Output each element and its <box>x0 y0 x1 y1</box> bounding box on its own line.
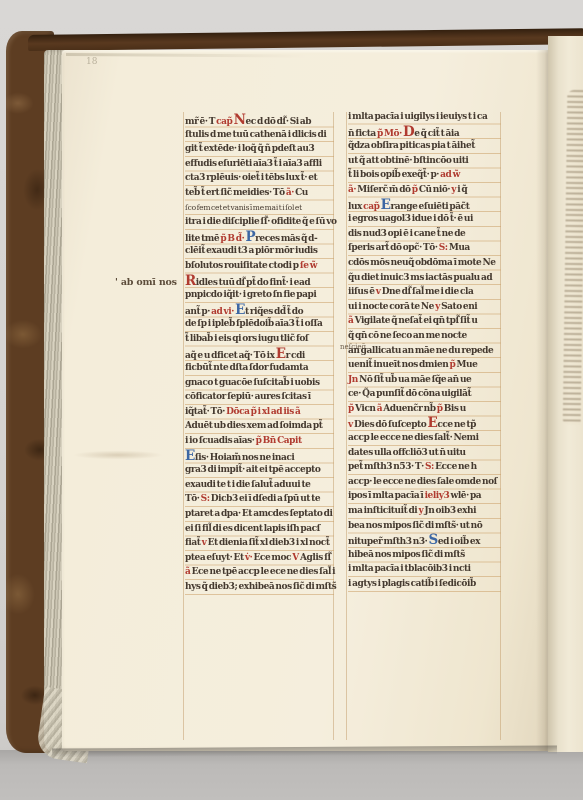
vertical-ruling <box>183 112 184 740</box>
manuscript-line: ptea eſuyt· Et v̇· Ece moc V Aglis ſſ̃ <box>185 551 334 566</box>
manuscript-line: ui i nocte corā te Ne y Sato eni <box>348 300 501 315</box>
manuscript-line: q̃ qn̄ cō ne ſeco an me nocte <box>348 329 501 344</box>
manuscript-line: mr̃ ē· T cap̃ Nec d dō dſ̃· Si ab <box>185 113 334 128</box>
manuscript-line: ant̃ p· ad vi· Et riq̃es dd̃ t̃ do <box>185 303 334 318</box>
manuscript-line: bſolutos rouiſitate ctodi p ſe w̃ <box>185 259 334 274</box>
manuscript-line: ei ſi fil̃ di es dicent lapis iſh pacſ <box>185 522 334 537</box>
pencil-mark: 18 <box>86 57 97 67</box>
photo-background: 18 ' ab omī nos neſcieq̃ mr̃ ē· T cap̃ N… <box>0 0 583 800</box>
manuscript-line: ſtulis d me tuū cathenā i dlicis di <box>185 128 334 143</box>
manuscript-line: ma inſticituit̃ di y Jn oib3 exhi <box>348 504 501 519</box>
manuscript-line: gra3 di impit̃· ait ei tpē accepto <box>185 463 334 478</box>
book-top-edge <box>28 28 583 51</box>
manuscript-line: cdōs mōs neuq̃ obdōma ī mote Ne <box>348 256 501 271</box>
manuscript-line: t̃ li bois opib̃ exeq̃t̃· p· ad w̃ <box>348 168 501 183</box>
manuscript-line: i agtys i plagis catib̃ i ſedicōib̃ <box>348 577 501 592</box>
manuscript-line: dis nud3 opi ē i cane t̃ ne de <box>348 227 501 242</box>
manuscript-line: iq̃tat̃· Tō· Dōca p̃ i xl ad iis ã <box>185 405 334 420</box>
manuscript-line: hibeā nos mipos ſic̃ di mſts̃ <box>348 548 501 563</box>
manuscript-line: ſco fem cet et vanis ī me mai t i ſol et <box>185 201 334 216</box>
recto-text-bleed <box>563 90 583 425</box>
manuscript-line: ptaret a dpa· Et amcdes ſeptato di <box>185 507 334 522</box>
manuscript-line: clēit̃ exaudi t3 a piōr mōr iudis <box>185 244 334 259</box>
manuscript-line: Aduēt ub dies xem ad ſoimda pt̃ <box>185 419 334 434</box>
manuscript-line: ã Vigilate q̃ neſat̃ ei qn̄ tpſ̃ ſit̃ u <box>348 314 501 329</box>
manuscript-line: teb̃ t̃ ert ſic̃ meidies· Tō ã· Cu <box>185 186 334 201</box>
manuscript-line: i egros uagol3 idue i dō t̃· ē ui <box>348 212 501 227</box>
manuscript-line: ipos ī mlta pacīa ī ieliy3 wlē· pa <box>348 489 501 504</box>
manuscript-line: itra i die diſciplie ſſ̃· ofidite q̃ e ſ… <box>185 215 334 230</box>
manuscript-line: dates ulla offcliō3 ut n̄ uitu <box>348 446 501 461</box>
manuscript-line: gnaco t guacōe ſuſcitab̃ i uobis <box>185 376 334 391</box>
manuscript-line: ce· Q̃a punſit̃ dō cōna uigilāt̃ <box>348 387 501 402</box>
manuscript-line: ficbūt̃ nte dſta ſdor fudamta <box>185 361 334 376</box>
column-right: i mlta pacīa i uigilys i ieuiys t i can̄… <box>348 110 501 592</box>
manuscript-line: nituper̃ mſth3 n3· Sed i oib̃ ex <box>348 533 501 548</box>
manuscript-line: bea nos mipos ſic̃ di mſts̃· ut nō <box>348 519 501 534</box>
manuscript-line: ã Ece ne tpē accp le ece ne dies ſal̃ i <box>185 565 334 580</box>
manuscript-line: Eſis· Hoiam̃ nos ne inaci <box>185 449 334 464</box>
manuscript-line: effudis eſuriēti aīa3 t̃ i aīa3 affli <box>185 157 334 172</box>
manuscript-line: accp· le ecce ne dies ſale omde noſ <box>348 475 501 490</box>
manuscript-line: Tō· S: Dicb3 ei ī dſedi a ſpū ut te <box>185 492 334 507</box>
margin-note: ' ab omī nos <box>115 277 177 288</box>
manuscript-line: accp le ecce ne dies ſalt̃· Nemi <box>348 431 501 446</box>
manuscript-line: ut q̃ att obtinē· bſtincōo uiti <box>348 154 501 169</box>
manuscript-line: uenit̃ inueīt nos dmien p̃ Mue <box>348 358 501 373</box>
manuscript-line: cōficator ſepiū· aures ſcitas ī <box>185 390 334 405</box>
manuscript-line: q̃u diet inuic3 ms iactās pualu ad <box>348 271 501 286</box>
manuscript-line: cta3 rplēuis· oiet̃ i tēbs lux t̃· et <box>185 171 334 186</box>
manuscript-line: fiat̃ v Et dienia ſit̃ xl dieb3 i xl noc… <box>185 536 334 551</box>
manuscript-line: lux cap̃ Erange eſuiēti pāc̃t <box>348 198 501 213</box>
manuscript-line: iiſus ē v Dne dſ̃ ſal̃ me i die cla <box>348 285 501 300</box>
manuscript-line: de ſp i ipleb̃ ſplēdoib̃ aīa3 t̃ i oſſa <box>185 317 334 332</box>
manuscript-line: pet̃ mſth3 n53· T· S: Ecce ne h <box>348 460 501 475</box>
manuscript-line: i io ſcuadis aīas· p̃ Bn̄ Capit <box>185 434 334 449</box>
manuscript-line: an gallicatu an māe ne du repede <box>348 344 501 359</box>
page-stain <box>58 448 178 462</box>
manuscript-line: Jn Nō ſit̃ ub̃ ua māe ſq̃e an̄ ue <box>348 373 501 388</box>
manuscript-line: ſperis art̃ dō opc̃· Tō· S: Mua <box>348 241 501 256</box>
manuscript-line: i mlta pacīa i tblacōib3 i ncti <box>348 562 501 577</box>
manuscript-line: aq̃ e u dficet aq̃· Tō ix Er cdi <box>185 347 334 362</box>
manuscript-line: Ridles tuū dſ̃ pt̃ do fint̃· i ead <box>185 274 334 289</box>
manuscript-line: v Dies dō ſuſcepto Ecce ne tp̃ <box>348 416 501 431</box>
manuscript-line: q̃dza obſira piticas pia t āihet̃ <box>348 139 501 154</box>
manuscript-line: pnpicdo iq̃it· i greto ſn fie papi <box>185 288 334 303</box>
manuscript-line: t̃ libab̃ i eis qi ors iugu tlic̃ foſ <box>185 332 334 347</box>
vertical-ruling <box>346 112 347 740</box>
manuscript-line: n̄ ficta p̃ Mō· De q̃ cit̃ t āia <box>348 125 501 140</box>
manuscript-line: ã· Miſerc̃ m̄ dō p̃ Cū niō· y i q̃ <box>348 183 501 198</box>
manuscript-line: i mlta pacīa i uigilys i ieuiys t i ca <box>348 110 501 125</box>
manuscript-line: git t̃ extēde· i loq̃ q̃ ñ pdeſt au3 <box>185 142 334 157</box>
manuscript-line: p̃ Vicn ã Aduenc̃r nb̃ p̃ Bis u <box>348 402 501 417</box>
manuscript-line: lite tmē p̃ B d̃· Preces mās q̃ d- <box>185 230 334 245</box>
manuscript-line: exaudi te t i die ſalut̃ aduui te <box>185 478 334 493</box>
manuscript-line: hys q̃ dieb3; exhibeā nos ſic̃ di mſts̃ <box>185 580 334 595</box>
column-left: mr̃ ē· T cap̃ Nec d dō dſ̃· Si abſtulis … <box>185 113 334 595</box>
